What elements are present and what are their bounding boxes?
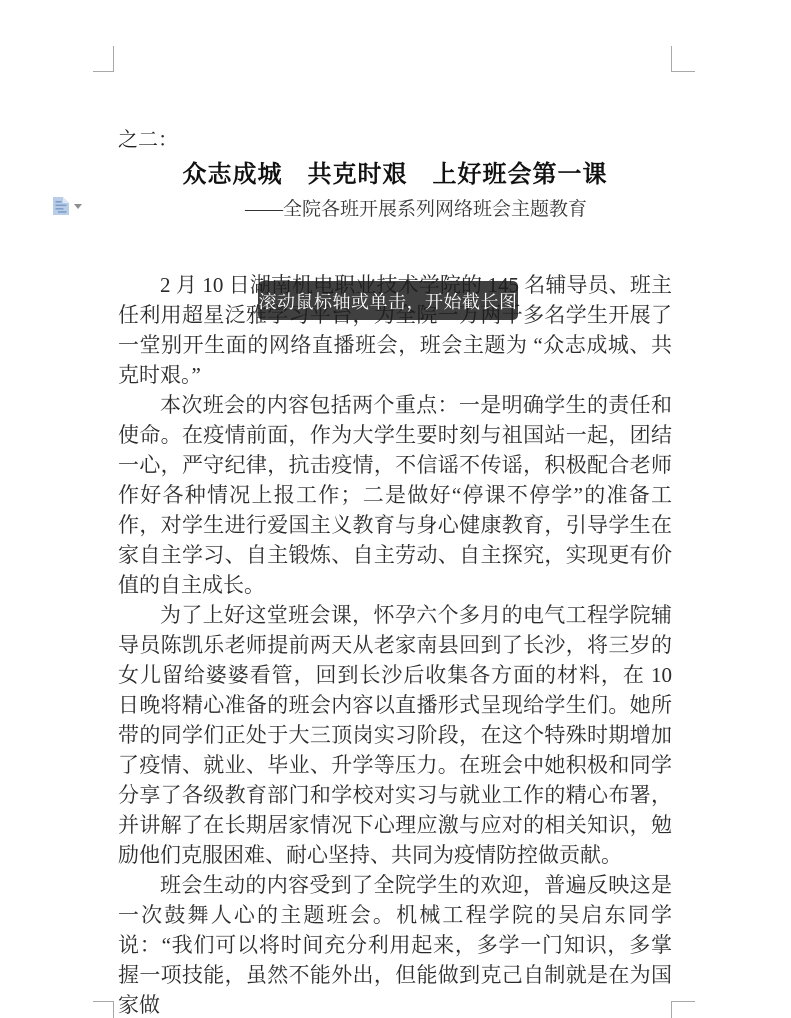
screenshot-tooltip: 滚动鼠标轴或单击，开始截长图 xyxy=(258,281,518,320)
document-content: 之二： 众志成城 共克时艰 上好班会第一课 ——全院各班开展系列网络班会主题教育… xyxy=(118,127,672,1018)
page-margin-mark-top-right xyxy=(671,46,695,72)
document-title: 众志成城 共克时艰 上好班会第一课 xyxy=(118,158,672,192)
tooltip-text: 滚动鼠标轴或单击，开始截长图 xyxy=(259,288,518,314)
page-margin-mark-bottom-left xyxy=(93,1001,114,1018)
paragraph: 本次班会的内容包括两个重点：一是明确学生的责任和使命。在疫情前面，作为大学生要时… xyxy=(118,390,672,600)
paragraph: 为了上好这堂班会课，怀孕六个多月的电气工程学院辅导员陈凯乐老师提前两天从老家南县… xyxy=(118,600,672,870)
section-label: 之二： xyxy=(118,127,672,153)
document-subtitle: ——全院各班开展系列网络班会主题教育 xyxy=(118,196,672,224)
document-page: { "document": { "section_label": "之二：", … xyxy=(0,0,791,1018)
document-icon[interactable] xyxy=(52,196,70,216)
page-margin-mark-bottom-right xyxy=(671,1001,695,1018)
document-body: 2 月 10 日湖南机电职业技术学院的 145 名辅导员、班主任利用超星泛雅学习… xyxy=(118,270,672,1018)
paragraph: 班会生动的内容受到了全院学生的欢迎，普遍反映这是一次鼓舞人心的主题班会。机械工程… xyxy=(118,870,672,1018)
page-margin-mark-top-left xyxy=(93,46,114,72)
margin-widget[interactable] xyxy=(52,196,82,216)
dropdown-arrow-icon[interactable] xyxy=(74,204,82,209)
